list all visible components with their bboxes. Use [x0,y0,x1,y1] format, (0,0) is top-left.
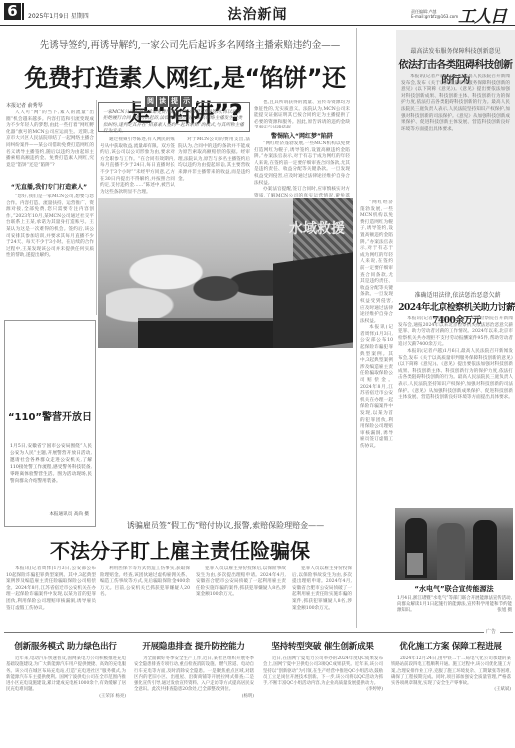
photo-person [473,520,497,580]
reading-tip-char: 示 [181,96,192,107]
second-paragraph: 犯罪人员以雇主身份投保后,以保险事故发生为由,多次提出理赔申请。2024年4月,… [196,566,286,599]
lead-paragraph: 也,且其所谓获得的流量、宣传等资源均为象征性的,无实质意义。法院认为,MCN公司… [254,100,350,128]
police-open-day-title: “110”警营开放日 [5,408,95,423]
lead-subhead-3: 警惕陷入“网红梦”陷阱 [254,131,350,140]
lead-paragraph: “网红经济蓬勃发展,一些MCN机构以免费打造网红为幌子,诱导签约,设置高额违约金… [254,141,350,187]
ad-paragraph: 为全面做好冬季安全生产工作,近日,某社区组织开展冬季安全隐患排查专项行动,重点检… [134,656,254,694]
second-column-2: 利用医保卡等方式伪造工伤事实,获取保险理赔金。经查,该团伙通过虚构雇佣关系、编造… [100,566,190,616]
ad-label: 广告 [486,628,496,635]
lead-paragraph: 人人可“网”的当下,素人的流量“出圈”机会越来越多。内容打造和引流变现成为不少年… [6,110,94,169]
ad-credit: (杨明) [134,694,254,700]
sidebar-paragraph: 本报讯(记者卢越)1月6日,最高人民法院召开新闻发布会,发布《关于以高质量审判服… [401,74,510,133]
lead-continuation-column: “网红经济蓬勃发展,一些MCN机构以免费打造网红为幌子,诱导签约,设置高额违约金… [360,200,393,520]
lead-paragraph: 本报讯(记者周怿)1月3日,公安部公布10起保险诈骗犯罪典型案例。其中,3起典型… [360,325,393,450]
ad-paragraph: 近年来,电动汽车快速普及,国网某电力公司积极推进充电基础设施建设,为广大新能源汽… [6,656,126,694]
ad-paragraph: 近日,在国网宁夏电力公司举办的2024年度QC成果发布会上,国网宁夏中卫供电公司… [263,656,383,687]
photo-bag [407,553,423,575]
second-paragraph: 犯罪人员以雇主身份投保后,以保险事故发生为由,多次提出理赔申请。2024年4月,… [292,566,352,612]
masthead: 6 2025年1月9日 星期四 法治新闻 责任编辑:卢越 E-mail:grrb… [0,0,515,26]
ad-divider [500,632,513,633]
column-divider [96,100,97,315]
ad-headline-3[interactable]: 坚持转型突破 催生创新成果 [260,640,385,652]
lead-paragraph: 办案法官提醒,签订合同时,应审慎核实对方资质,了解MCN公司的真实运营情况,避免… [254,187,350,197]
energy-law-photo[interactable] [395,508,513,580]
lead-paragraph: 通过视频引导陈述,有人网民的账号从中获取收益,流量却有限。双方签约后,该公司以公… [100,137,175,196]
ad-credit: (王斌斌) [391,687,511,693]
editor-info: 责任编辑:卢越 E-mail:grrbfz@163.com [411,9,458,19]
ad-headline-1[interactable]: 创新服务模式 助力绿色出行 [3,640,128,652]
lead-column-1: 人人可“网”的当下,素人的流量“出圈”机会越来越多。内容打造和引流变现成为不少年… [6,110,94,178]
second-column-4: 犯罪人员以雇主身份投保后,以保险事故发生为由,多次提出理赔申请。2024年4月,… [292,566,352,616]
lead-column-3: 也,且其所谓获得的流量、宣传等资源均为象征性的,无实质意义。法院认为,MCN公司… [254,100,350,128]
second-kicker: 诱骗雇员签“假工伤”赔付协议,报警,索赔保险理赔金—— [98,520,353,531]
procuratorate-text: 本报讯(记者周怿)近日,北京市人民检察院召开新闻发布会,通报2024年以来北京检… [398,316,513,504]
column-divider [356,28,357,628]
ad-paragraph: 2024年12月24日,由中铁二十二局电气化公司承建的某铁路站前段四电工程顺利开… [391,656,511,687]
reading-tip-char: 读 [157,96,168,107]
lead-column-2: 通过视频引导陈述,有人网民的账号从中获取收益,流量却有限。双方签约后,该公司以公… [100,137,175,197]
ad-text-4: 2024年12月24日,由中铁二十二局电气化公司承建的某铁路站前段四电工程顺利开… [391,656,511,744]
energy-law-caption-text: 1月4日,浙江诸暨“水电气”等部门联合开展能源法宣传活动,向群众解读1月1日起施… [397,596,512,613]
lead-paragraph: “网红经济蓬勃发展,一些MCN机构以免费打造网红为幌子,诱导签约,设置高额违约金… [360,200,393,325]
photo-person [437,523,465,580]
ad-credit: (李婷婷) [263,687,383,693]
second-paragraph: 本报讯(记者周怿)1月3日,公安部公布10起保险诈骗犯罪典型案例。其中,3起典型… [6,566,96,612]
reading-tip-text: 一家MCN公司先是以承诺免费帮素人打造成网红诱导签约,再以对方拒绝履行合同义务为… [103,110,245,136]
ad-divider [4,632,484,633]
police-open-day-text: 1月5日,安徽省宁国市公安局围绕“人民公安为人民”主题,开展警营开放日活动,邀请… [10,443,92,485]
reading-tip-label: 阅 读 提 示 [141,96,196,107]
lead-byline: 本报记者 俞秀琴 [6,102,43,109]
second-column-1: 本报讯(记者周怿)1月3日,公安部公布10起保险诈骗犯罪典型案例。其中,3起典型… [6,566,96,616]
energy-law-caption-title: “水电气”联合宣传能源法 [395,584,513,594]
reading-tip-char: 阅 [145,96,156,107]
lead-paragraph: “您好,我们是一家MCN公司,想要与您合作。内容打造、流量扶持、运营推广、资源对… [6,194,94,260]
procuratorate-paragraph: 本报讯(记者卢越)1月6日,最高人民法院召开新闻发布会,发布《关于以高质量审判服… [398,349,513,402]
lead-column-1b: “您好,我们是一家MCN公司,想要与您合作。内容打造、流量扶持、运营推广、资源对… [6,194,94,314]
sidebar-kicker: 最高法发布服务保障科技创新意见 [396,46,515,55]
ad-text-3: 近日,在国网宁夏电力公司举办的2024年度QC成果发布会上,国网宁夏中卫供电公司… [263,656,383,744]
ad-headline-2[interactable]: 开展隐患排查 提升防控能力 [131,640,256,652]
sidebar-story-box: 最高法发布服务保障科技创新意见 依法打击各类阻碍科技创新的行为 本报讯(记者卢越… [396,30,515,282]
lead-kicker: 先诱导签约,再诱导解约,一家公司先后起诉多名网络主播索赔违约金—— [20,37,360,51]
police-open-day-credit: 本报通讯员 高尚 摄 [49,511,89,517]
ad-credit: (王荣泽 杨亮) [6,694,126,700]
second-column-3: 犯罪人员以雇主身份投保后,以保险事故发生为由,多次提出理赔申请。2024年4月,… [196,566,286,616]
lead-paragraph: 对于MCN公司的费用支出,法院认为,合同中的违约条款并不能成为原告索取高额赔偿的… [178,137,250,183]
second-headline[interactable]: 不法分子盯上雇主责任险骗保 [10,535,350,564]
energy-law-caption: 1月4日,浙江诸暨“水电气”等部门联合开展能源法宣传活动,向群众解读1月1日起施… [397,596,512,614]
sidebar-text: 本报讯(记者卢越)1月6日,最高人民法院召开新闻发布会,发布《关于以高质量审判服… [401,74,510,276]
lead-column-2b: 对于MCN公司的费用支出,法院认为,合同中的违约条款并不能成为原告索取高额赔偿的… [178,137,250,197]
procuratorate-kicker: 准确适用法律,依法惩治恶意欠薪 [400,290,515,299]
ad-headline-4[interactable]: 优化施工方案 保障工程进展 [388,640,513,652]
photo-equipment-box [138,318,278,348]
procuratorate-paragraph: 本报讯(记者周怿)近日,北京市人民检察院召开新闻发布会,通报2024年以来北京检… [398,316,513,349]
reading-tip-box: 阅 读 提 示 一家MCN公司先是以承诺免费帮素人打造成网红诱导签约,再以对方拒… [98,102,250,132]
editor-email: E-mail:grrbfz@163.com [411,14,458,19]
main-photo-water-rescue[interactable]: 水域救援 [98,198,353,348]
ad-text-1: 近年来,电动汽车快速普及,国网某电力公司积极推进充电基础设施建设,为广大新能源汽… [6,656,126,744]
energy-law-credit: 张旭 摄 [497,608,512,614]
police-open-day-box: “110”警营开放日 1月5日,安徽省宁国市公安局围绕“人民公安为人民”主题,开… [4,320,96,527]
ad-text-2: 为全面做好冬季安全生产工作,近日,某社区组织开展冬季安全隐患排查专项行动,重点检… [134,656,254,744]
second-paragraph: 利用医保卡等方式伪造工伤事实,获取保险理赔金。经查,该团伙通过虚构雇佣关系、编造… [100,566,190,599]
photo-sign-text: 水域救援 [289,218,345,238]
photo-sign-board [273,252,353,348]
lead-column-3b: “网红经济蓬勃发展,一些MCN机构以免费打造网红为幌子,诱导签约,设置高额违约金… [254,141,350,197]
lead-subhead-1: “无直播,我们专门打造素人” [4,182,94,191]
reading-tip-char: 提 [169,96,180,107]
